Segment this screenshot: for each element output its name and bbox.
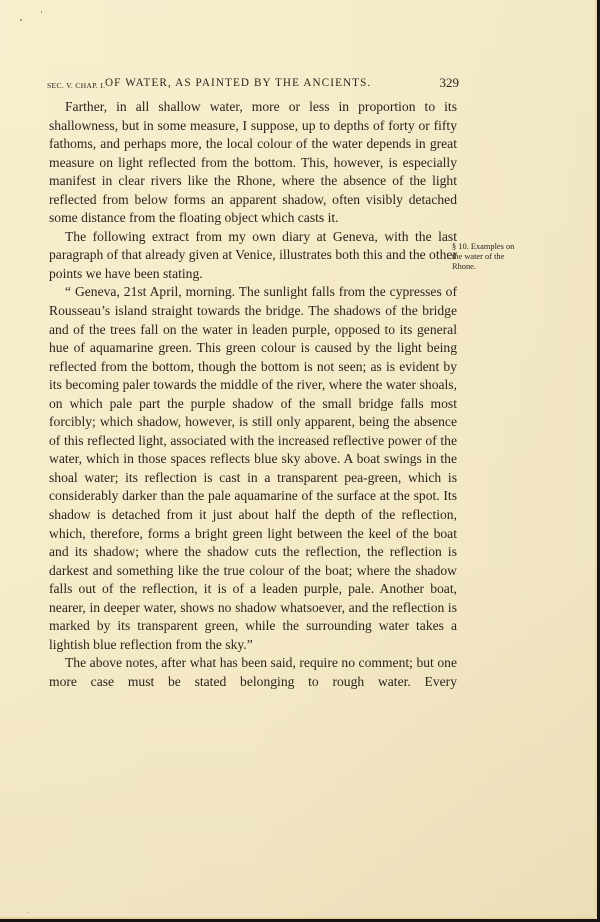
- running-head: Sec. V. Chap. I. Of Water, as Painted by…: [47, 76, 459, 94]
- paragraph-rough-water: The above notes, after what has been sai…: [49, 654, 457, 691]
- paragraph-diary-extract: “ Geneva, 21st April, morning. The sunli…: [49, 283, 457, 654]
- running-head-title: Of Water, as Painted by the Ancients.: [105, 77, 371, 89]
- body-text: Farther, in all shallow water, more or l…: [49, 98, 457, 692]
- paragraph-geneva-intro: The following extract from my own diary …: [49, 228, 457, 284]
- page-number: 329: [440, 75, 460, 91]
- book-page: Sec. V. Chap. I. Of Water, as Painted by…: [0, 0, 597, 919]
- paper-speck: [41, 11, 42, 13]
- paper-speck: [28, 912, 29, 913]
- running-head-section: Sec. V. Chap. I.: [47, 81, 105, 90]
- paragraph-shallow-water: Farther, in all shallow water, more or l…: [49, 98, 457, 228]
- margin-note: § 10. Examples on the water of the Rhone…: [452, 242, 524, 273]
- paper-speck: [20, 19, 22, 21]
